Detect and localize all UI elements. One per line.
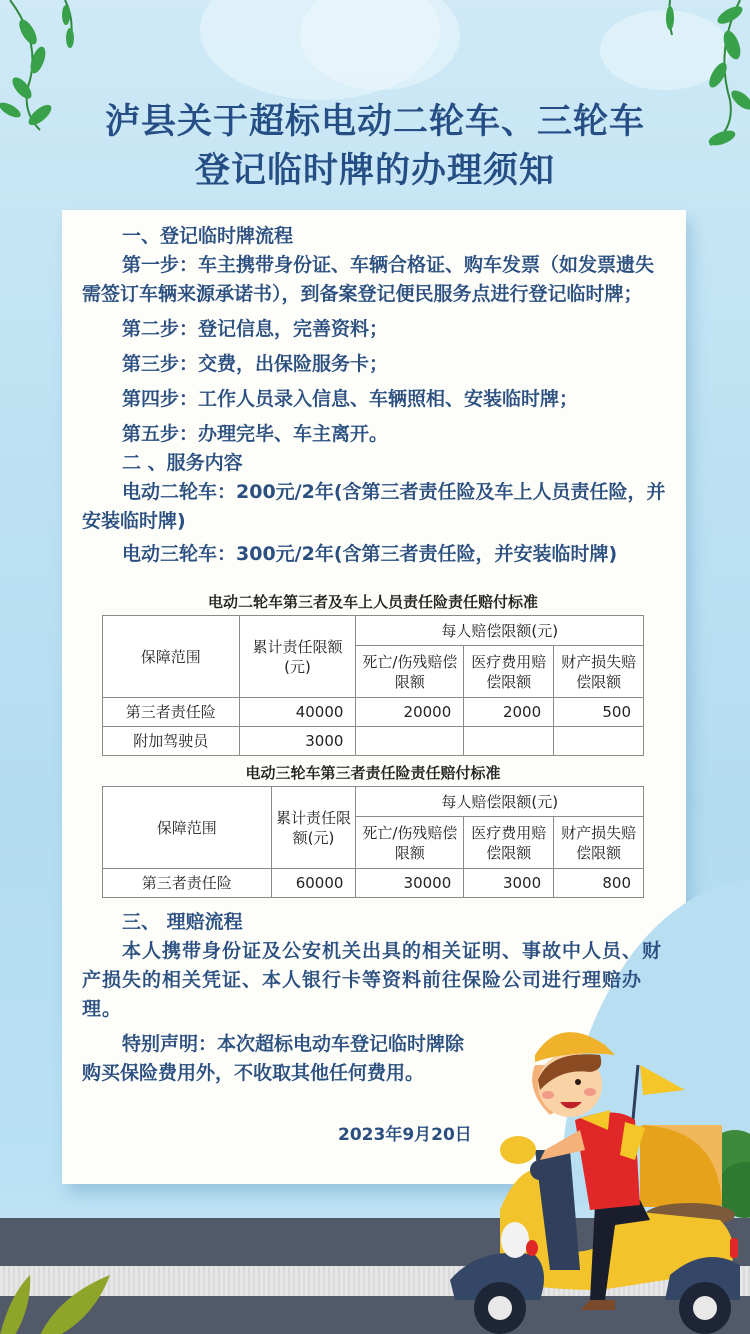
header-death: 死亡/伤残赔偿限额 xyxy=(356,817,464,869)
cell-total: 3000 xyxy=(239,727,356,756)
insurance-table-two-wheel: 保障范围 累计责任限额(元) 每人赔偿限额(元) 死亡/伤残赔偿限额 医疗费用赔… xyxy=(102,615,644,756)
header-total: 累计责任限额(元) xyxy=(271,787,356,869)
cell-scope: 第三者责任险 xyxy=(103,869,272,898)
header-scope: 保障范围 xyxy=(103,787,272,869)
cell-death xyxy=(356,727,464,756)
header-scope: 保障范围 xyxy=(103,616,240,698)
table-row: 第三者责任险 40000 20000 2000 500 xyxy=(103,698,644,727)
title-line-2: 登记临时牌的办理须知 xyxy=(0,147,750,196)
cell-total: 60000 xyxy=(271,869,356,898)
section-heading: 二 、服务内容 xyxy=(82,449,672,478)
cell-property xyxy=(554,727,644,756)
cell-death: 20000 xyxy=(356,698,464,727)
step-5: 第五步：办理完毕、车主离开。 xyxy=(82,420,672,449)
step-3: 第三步：交费，出保险服务卡； xyxy=(82,350,672,379)
cell-scope: 第三者责任险 xyxy=(103,698,240,727)
section-registration-process: 一、登记临时牌流程 第一步：车主携带身份证、车辆合格证、购车发票（如发票遗失需签… xyxy=(82,222,672,569)
header-medical: 医疗费用赔偿限额 xyxy=(464,646,554,698)
table-caption: 电动三轮车第三者责任险责任赔付标准 xyxy=(102,762,644,783)
delivery-rider-illustration xyxy=(440,1010,750,1334)
cell-property: 500 xyxy=(554,698,644,727)
cell-medical xyxy=(464,727,554,756)
step-4: 第四步：工作人员录入信息、车辆照相、安装临时牌； xyxy=(82,385,672,414)
section-heading: 一、登记临时牌流程 xyxy=(82,222,672,251)
header-property: 财产损失赔偿限额 xyxy=(554,817,644,869)
cell-property: 800 xyxy=(554,869,644,898)
cell-medical: 2000 xyxy=(464,698,554,727)
step-2: 第二步：登记信息，完善资料； xyxy=(82,315,672,344)
header-per-person: 每人赔偿限额(元) xyxy=(356,616,644,646)
table-caption: 电动二轮车第三者及车上人员责任险责任赔付标准 xyxy=(102,591,644,612)
page-title: 泸县关于超标电动二轮车、三轮车 登记临时牌的办理须知 xyxy=(0,98,750,196)
header-per-person: 每人赔偿限额(元) xyxy=(356,787,644,817)
cell-scope: 附加驾驶员 xyxy=(103,727,240,756)
section-heading: 三、 理赔流程 xyxy=(82,908,672,937)
header-property: 财产损失赔偿限额 xyxy=(554,646,644,698)
service-item-three-wheel: 电动三轮车：300元/2年(含第三者责任险，并安装临时牌) xyxy=(82,540,672,569)
insurance-table-three-wheel: 保障范围 累计责任限额(元) 每人赔偿限额(元) 死亡/伤残赔偿限额 医疗费用赔… xyxy=(102,786,644,898)
header-death: 死亡/伤残赔偿限额 xyxy=(356,646,464,698)
header-total: 累计责任限额(元) xyxy=(239,616,356,698)
cell-total: 40000 xyxy=(239,698,356,727)
table-row: 第三者责任险 60000 30000 3000 800 xyxy=(103,869,644,898)
step-1: 第一步：车主携带身份证、车辆合格证、购车发票（如发票遗失需签订车辆来源承诺书），… xyxy=(82,251,672,309)
cell-medical: 3000 xyxy=(464,869,554,898)
leaf-decoration-icon xyxy=(0,1275,120,1334)
service-item-two-wheel: 电动二轮车：200元/2年(含第三者责任险及车上人员责任险，并安装临时牌) xyxy=(82,478,672,536)
header-medical: 医疗费用赔偿限额 xyxy=(464,817,554,869)
title-line-1: 泸县关于超标电动二轮车、三轮车 xyxy=(0,98,750,147)
cell-death: 30000 xyxy=(356,869,464,898)
table-row: 附加驾驶员 3000 xyxy=(103,727,644,756)
